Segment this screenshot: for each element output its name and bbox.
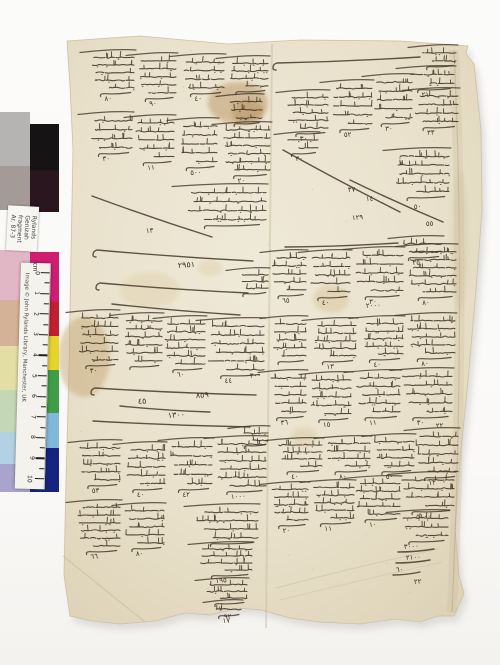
entry-numeral: ٤٠	[137, 490, 145, 499]
standalone-numeral: ٣٠٠	[250, 371, 262, 380]
entry-numeral: ١٠٠٠	[231, 492, 247, 501]
ruler-tick-major	[36, 457, 45, 458]
stain	[120, 272, 180, 308]
stain	[58, 317, 110, 397]
ruler-number: 6	[30, 394, 36, 398]
entry-numeral: ٥٣	[92, 486, 100, 495]
ruler-tick-major	[40, 293, 49, 294]
entry-numeral: ٣٠	[300, 134, 308, 143]
standalone-numeral: ٣٠٠٠	[404, 542, 420, 551]
stain	[452, 170, 468, 310]
color-patch-pastel-grey	[0, 166, 30, 210]
ruler-number: 5	[31, 373, 37, 377]
entry-numeral: ٥١٠٠	[416, 512, 432, 521]
ruler-tick-major	[35, 478, 44, 479]
ruler-tick-minor	[43, 344, 48, 345]
ruler-number: 9	[29, 456, 35, 460]
entry-numeral: ٣٣	[427, 128, 435, 137]
ruler-tick-minor	[44, 303, 49, 304]
entry-numeral: ٢٠	[282, 526, 290, 535]
entry-numeral: ٤٤	[224, 376, 232, 385]
standalone-numeral: ١٣	[146, 226, 154, 235]
ruler-tick-minor	[41, 406, 46, 407]
ruler-tick-major	[36, 437, 45, 438]
entry-numeral: ٣٦	[280, 418, 288, 427]
stain	[232, 100, 264, 124]
entry-numeral: ٣٠	[385, 124, 393, 133]
entry-numeral: ٣٠	[417, 418, 425, 427]
ruler-tick-major	[37, 396, 46, 397]
entry-numeral: ٢١	[421, 90, 429, 99]
entry-numeral: ٥٠٠	[190, 168, 202, 177]
entry-numeral: ٨٠	[136, 549, 144, 558]
entry-numeral: ٩٠	[149, 99, 157, 108]
entry-numeral: ٥٢	[344, 130, 352, 139]
standalone-numeral: ٥٥	[426, 219, 434, 228]
ruler-number: 3	[32, 332, 38, 336]
standalone-numeral: ٢٩٥١	[178, 260, 196, 270]
standalone-numeral: ٦٠	[396, 565, 404, 574]
standalone-numeral: ٢١٠٠	[406, 553, 422, 562]
stain	[198, 260, 222, 276]
ruler: cm Image © John Rylands Library, Manches…	[15, 263, 51, 490]
photo-canvas: ٨٠٩٠٤٠٣٠١١٥٠٠٢٠٣٠٦٠٤٤٥٣٤٠٤٢١٠٠٠٦٦٨٠١٩٥٧٠…	[0, 0, 500, 665]
color-patch-saturated-black	[30, 124, 59, 170]
entry-numeral: ٦٠	[177, 370, 185, 379]
ruler-tick-major	[39, 334, 48, 335]
entry-numeral: ١٠	[369, 520, 377, 529]
ruler-tick-major	[41, 272, 50, 273]
entry-numeral: ٨٠	[422, 298, 430, 307]
ruler-tick-major	[37, 416, 46, 417]
entry-numeral: ٣٠	[295, 154, 303, 163]
ruler-tick-minor	[42, 365, 47, 366]
standalone-numeral: ٣٧	[348, 185, 356, 194]
ruler-tick-minor	[40, 427, 45, 428]
ruler-tick-major	[38, 375, 47, 376]
standalone-numeral: ٩٢	[224, 612, 232, 621]
entry-numeral: ٤٠	[194, 94, 202, 103]
ruler-number: 4	[31, 353, 37, 357]
ruler-tick-major	[38, 354, 47, 355]
manuscript-page: ٨٠٩٠٤٠٣٠١١٥٠٠٢٠٣٠٦٠٤٤٥٣٤٠٤٢١٠٠٠٦٦٨٠١٩٥٧٠…	[0, 0, 500, 665]
entry-numeral: ٤٠	[322, 298, 330, 307]
entry-numeral: ٤٢	[182, 490, 190, 499]
copyright-text: Image © John Rylands Library, Manchester…	[20, 273, 30, 402]
standalone-numeral: ٤٥	[138, 396, 147, 406]
shelfmark-label-line: Ar. 87-3	[8, 214, 16, 242]
standalone-numeral: ٨٥٩	[196, 390, 209, 400]
entry-numeral: ٣٠	[90, 366, 98, 375]
ruler-number: 7	[30, 415, 36, 419]
standalone-numeral: ١٤	[366, 194, 374, 203]
ruler-tick-minor	[40, 447, 45, 448]
entry-numeral: ١١	[369, 418, 377, 427]
entry-numeral: ١١	[147, 163, 155, 172]
ruler-tick-minor	[39, 468, 44, 469]
entry-numeral: ٤٠	[373, 360, 381, 369]
entry-numeral: ٦٥	[282, 296, 290, 305]
ruler-number: 2	[33, 312, 39, 316]
shelfmark-label-text: RylandsGenizahfragmentAr. 87-3	[8, 214, 37, 243]
standalone-numeral: ٢٢	[436, 421, 444, 430]
ruler-tick-minor	[44, 283, 49, 284]
ruler-tick-minor	[43, 324, 48, 325]
standalone-numeral: ١٣٠٠	[168, 410, 186, 420]
standalone-numeral: ١٢٩	[352, 213, 364, 222]
standalone-numeral: ٥٠	[414, 202, 422, 211]
ruler-tick-minor	[42, 386, 47, 387]
color-patch-pastel-light-grey	[0, 112, 30, 166]
entry-numeral: ٤٠	[291, 472, 299, 481]
ruler-number: 8	[29, 435, 35, 439]
entry-numeral: ١٥	[323, 420, 331, 429]
ruler-tick-major	[40, 313, 49, 314]
entry-numeral: ٣٠	[102, 154, 110, 163]
standalone-numeral: ٢٠٠٠	[366, 301, 382, 310]
entry-numeral: ١١	[324, 524, 332, 533]
ruler-number: 1	[33, 291, 39, 295]
entry-numeral: ٨٠	[104, 94, 112, 103]
entry-numeral: ٨٠	[421, 359, 429, 368]
entry-numeral: ١٣	[326, 362, 334, 371]
standalone-numeral: ٢٢	[414, 577, 422, 586]
ruler-number: 10	[26, 474, 32, 482]
entry-numeral: ٦٦	[90, 552, 98, 561]
shelfmark-label: RylandsGenizahfragmentAr. 87-3	[6, 205, 39, 252]
ruler-number: 0	[34, 271, 40, 275]
